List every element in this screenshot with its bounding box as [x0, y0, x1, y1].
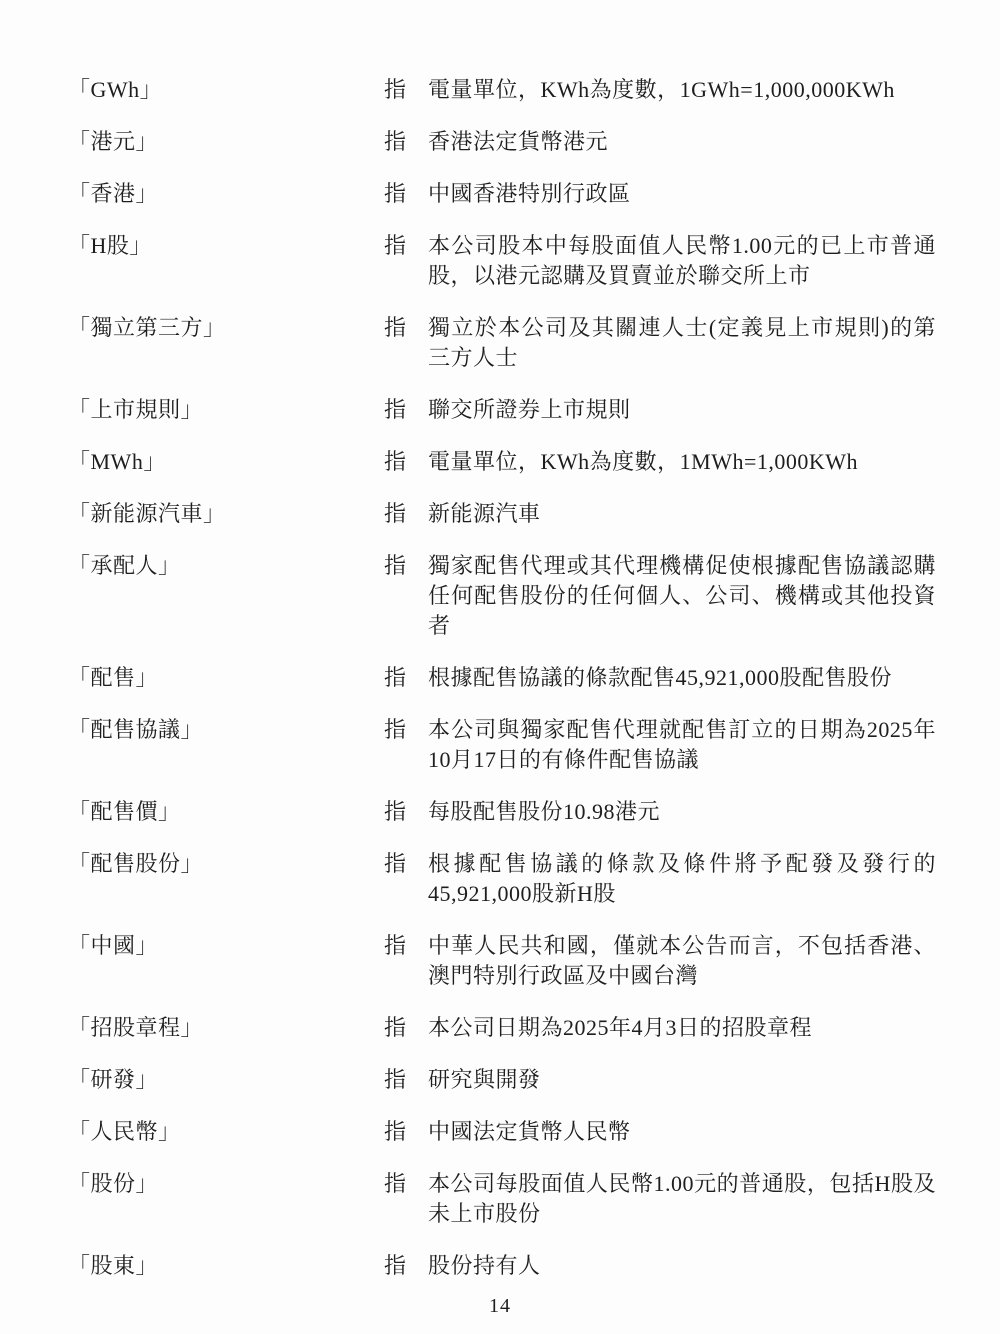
connector-label: 指 [384, 1065, 410, 1095]
definition-row-hkd: 「港元」 指 香港法定貨幣港元 [68, 127, 936, 157]
definition-row-independent-third-party: 「獨立第三方」 指 獨立於本公司及其關連人士(定義見上市規則)的第三方人士 [68, 313, 936, 373]
connector-label: 指 [384, 715, 410, 745]
definition-row-placing-agreement: 「配售協議」 指 本公司與獨家配售代理就配售訂立的日期為2025年10月17日的… [68, 715, 936, 775]
term-label: 「配售協議」 [68, 715, 384, 745]
term-label: 「股份」 [68, 1169, 384, 1199]
definition-text: 新能源汽車 [428, 499, 936, 529]
definition-row-gwh: 「GWh」 指 電量單位，KWh為度數，1GWh=1,000,000KWh [68, 75, 936, 105]
definition-row-nev: 「新能源汽車」 指 新能源汽車 [68, 499, 936, 529]
connector-label: 指 [384, 551, 410, 581]
term-label: 「H股」 [68, 231, 384, 261]
definition-text: 中華人民共和國，僅就本公告而言，不包括香港、澳門特別行政區及中國台灣 [428, 931, 936, 991]
page-number: 14 [0, 1295, 1000, 1318]
connector-label: 指 [384, 1169, 410, 1199]
definition-text: 獨家配售代理或其代理機構促使根據配售協議認購任何配售股份的任何個人、公司、機構或… [428, 551, 936, 641]
connector-label: 指 [384, 75, 410, 105]
definition-text: 中國法定貨幣人民幣 [428, 1117, 936, 1147]
definition-text: 根據配售協議的條款及條件將予配發及發行的45,921,000股新H股 [428, 849, 936, 909]
term-label: 「香港」 [68, 179, 384, 209]
connector-label: 指 [384, 663, 410, 693]
definition-row-rmb: 「人民幣」 指 中國法定貨幣人民幣 [68, 1117, 936, 1147]
term-label: 「中國」 [68, 931, 384, 961]
definition-row-h-shares: 「H股」 指 本公司股本中每股面值人民幣1.00元的已上市普通股，以港元認購及買… [68, 231, 936, 291]
definition-text: 本公司每股面值人民幣1.00元的普通股，包括H股及未上市股份 [428, 1169, 936, 1229]
definition-text: 股份持有人 [428, 1251, 936, 1281]
definition-text: 中國香港特別行政區 [428, 179, 936, 209]
connector-label: 指 [384, 231, 410, 261]
term-label: 「GWh」 [68, 75, 384, 105]
definition-row-placee: 「承配人」 指 獨家配售代理或其代理機構促使根據配售協議認購任何配售股份的任何個… [68, 551, 936, 641]
definition-row-china: 「中國」 指 中華人民共和國，僅就本公告而言，不包括香港、澳門特別行政區及中國台… [68, 931, 936, 991]
definition-text: 本公司股本中每股面值人民幣1.00元的已上市普通股，以港元認購及買賣並於聯交所上… [428, 231, 936, 291]
term-label: 「人民幣」 [68, 1117, 384, 1147]
term-label: 「配售股份」 [68, 849, 384, 879]
definition-row-placing-price: 「配售價」 指 每股配售股份10.98港元 [68, 797, 936, 827]
connector-label: 指 [384, 499, 410, 529]
definition-text: 本公司日期為2025年4月3日的招股章程 [428, 1013, 936, 1043]
definition-row-rnd: 「研發」 指 研究與開發 [68, 1065, 936, 1095]
connector-label: 指 [384, 1117, 410, 1147]
definition-row-mwh: 「MWh」 指 電量單位，KWh為度數，1MWh=1,000KWh [68, 447, 936, 477]
connector-label: 指 [384, 1013, 410, 1043]
definition-text: 每股配售股份10.98港元 [428, 797, 936, 827]
definition-row-shares: 「股份」 指 本公司每股面值人民幣1.00元的普通股，包括H股及未上市股份 [68, 1169, 936, 1229]
connector-label: 指 [384, 849, 410, 879]
connector-label: 指 [384, 127, 410, 157]
definition-text: 獨立於本公司及其關連人士(定義見上市規則)的第三方人士 [428, 313, 936, 373]
definition-text: 研究與開發 [428, 1065, 936, 1095]
connector-label: 指 [384, 931, 410, 961]
term-label: 「獨立第三方」 [68, 313, 384, 343]
definitions-list: 「GWh」 指 電量單位，KWh為度數，1GWh=1,000,000KWh 「港… [68, 75, 936, 1281]
definition-text: 香港法定貨幣港元 [428, 127, 936, 157]
definition-row-listing-rules: 「上市規則」 指 聯交所證券上市規則 [68, 395, 936, 425]
definition-row-placing: 「配售」 指 根據配售協議的條款配售45,921,000股配售股份 [68, 663, 936, 693]
definition-row-prospectus: 「招股章程」 指 本公司日期為2025年4月3日的招股章程 [68, 1013, 936, 1043]
definition-row-placing-shares: 「配售股份」 指 根據配售協議的條款及條件將予配發及發行的45,921,000股… [68, 849, 936, 909]
connector-label: 指 [384, 179, 410, 209]
connector-label: 指 [384, 447, 410, 477]
connector-label: 指 [384, 1251, 410, 1281]
term-label: 「MWh」 [68, 447, 384, 477]
term-label: 「港元」 [68, 127, 384, 157]
term-label: 「承配人」 [68, 551, 384, 581]
connector-label: 指 [384, 797, 410, 827]
definition-text: 本公司與獨家配售代理就配售訂立的日期為2025年10月17日的有條件配售協議 [428, 715, 936, 775]
document-page: 「GWh」 指 電量單位，KWh為度數，1GWh=1,000,000KWh 「港… [0, 0, 1000, 1334]
term-label: 「研發」 [68, 1065, 384, 1095]
term-label: 「上市規則」 [68, 395, 384, 425]
connector-label: 指 [384, 313, 410, 343]
connector-label: 指 [384, 395, 410, 425]
term-label: 「配售」 [68, 663, 384, 693]
term-label: 「新能源汽車」 [68, 499, 384, 529]
definition-row-hongkong: 「香港」 指 中國香港特別行政區 [68, 179, 936, 209]
definition-row-shareholders: 「股東」 指 股份持有人 [68, 1251, 936, 1281]
definition-text: 聯交所證券上市規則 [428, 395, 936, 425]
term-label: 「招股章程」 [68, 1013, 384, 1043]
definition-text: 根據配售協議的條款配售45,921,000股配售股份 [428, 663, 936, 693]
definition-text: 電量單位，KWh為度數，1MWh=1,000KWh [428, 447, 936, 477]
term-label: 「股東」 [68, 1251, 384, 1281]
definition-text: 電量單位，KWh為度數，1GWh=1,000,000KWh [428, 75, 936, 105]
term-label: 「配售價」 [68, 797, 384, 827]
